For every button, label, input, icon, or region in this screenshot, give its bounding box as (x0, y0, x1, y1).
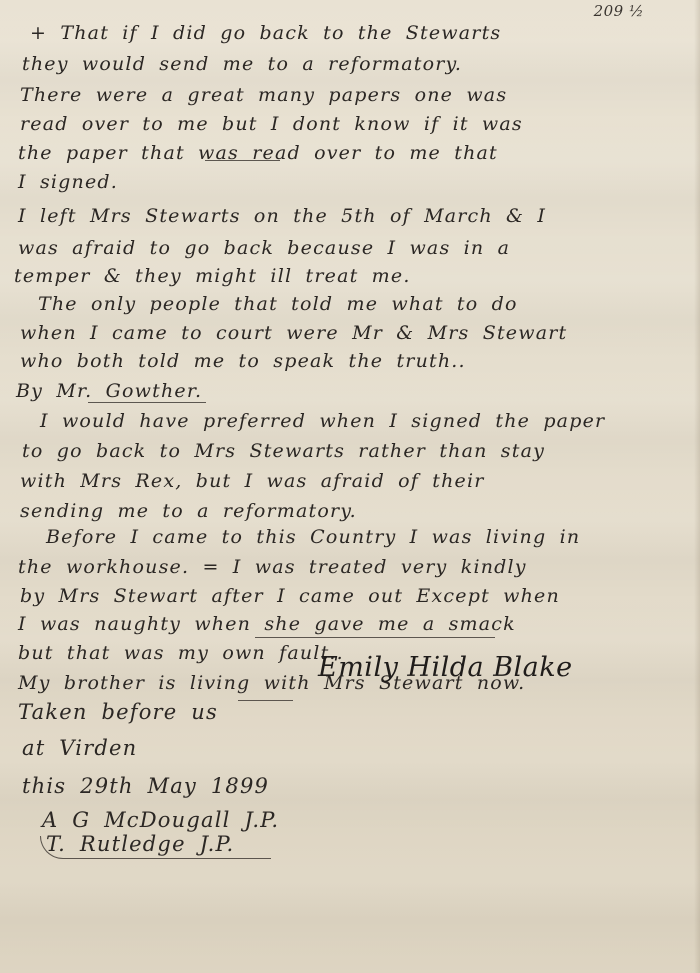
jurat-line-3: this 29th May 1899 (22, 774, 269, 798)
body-line-18: Before I came to this Country I was livi… (46, 526, 580, 548)
folio-number: 209 ½ (594, 2, 644, 20)
document-page: 209 ½ + That if I did go back to the Ste… (0, 0, 700, 973)
body-line-7: I left Mrs Stewarts on the 5th of March … (18, 205, 546, 227)
witness-signature-1: A G McDougall J.P. (42, 808, 279, 832)
body-line-20: by Mrs Stewart after I came out Except w… (20, 585, 560, 607)
body-line-22: but that was my own fault.. (18, 642, 344, 664)
body-line-1: + That if I did go back to the Stewarts (30, 22, 501, 44)
body-line-11: when I came to court were Mr & Mrs Stewa… (20, 322, 567, 344)
body-line-17: sending me to a reformatory. (20, 500, 357, 522)
body-line-14: I would have preferred when I signed the… (40, 410, 605, 432)
examiner-heading: By Mr. Gowther. (16, 380, 202, 402)
body-line-16: with Mrs Rex, but I was afraid of their (20, 470, 485, 492)
body-line-6: I signed. (18, 171, 118, 193)
jurat-line-1: Taken before us (18, 700, 218, 724)
fault-underline (255, 637, 495, 638)
body-line-15: to go back to Mrs Stewarts rather than s… (22, 440, 545, 462)
body-line-21: I was naughty when she gave me a smack (18, 613, 516, 635)
body-line-8: was afraid to go back because I was in a (18, 237, 510, 259)
section-divider (205, 160, 280, 161)
body-line-2: they would send me to a reformatory. (22, 53, 462, 75)
body-line-19: the workhouse. = I was treated very kind… (18, 556, 527, 578)
page-edge (694, 0, 700, 973)
deponent-signature: Emily Hilda Blake (318, 652, 573, 683)
body-line-3: There were a great many papers one was (20, 84, 507, 106)
closing-divider (238, 700, 293, 701)
jurat-line-2: at Virden (22, 736, 137, 760)
body-line-4: read over to me but I dont know if it wa… (20, 113, 523, 135)
body-line-12: who both told me to speak the truth.. (20, 350, 466, 372)
examiner-underline (88, 402, 206, 403)
body-line-10: The only people that told me what to do (38, 293, 518, 315)
body-line-9: temper & they might ill treat me. (14, 265, 411, 287)
signature-flourish (40, 836, 271, 859)
